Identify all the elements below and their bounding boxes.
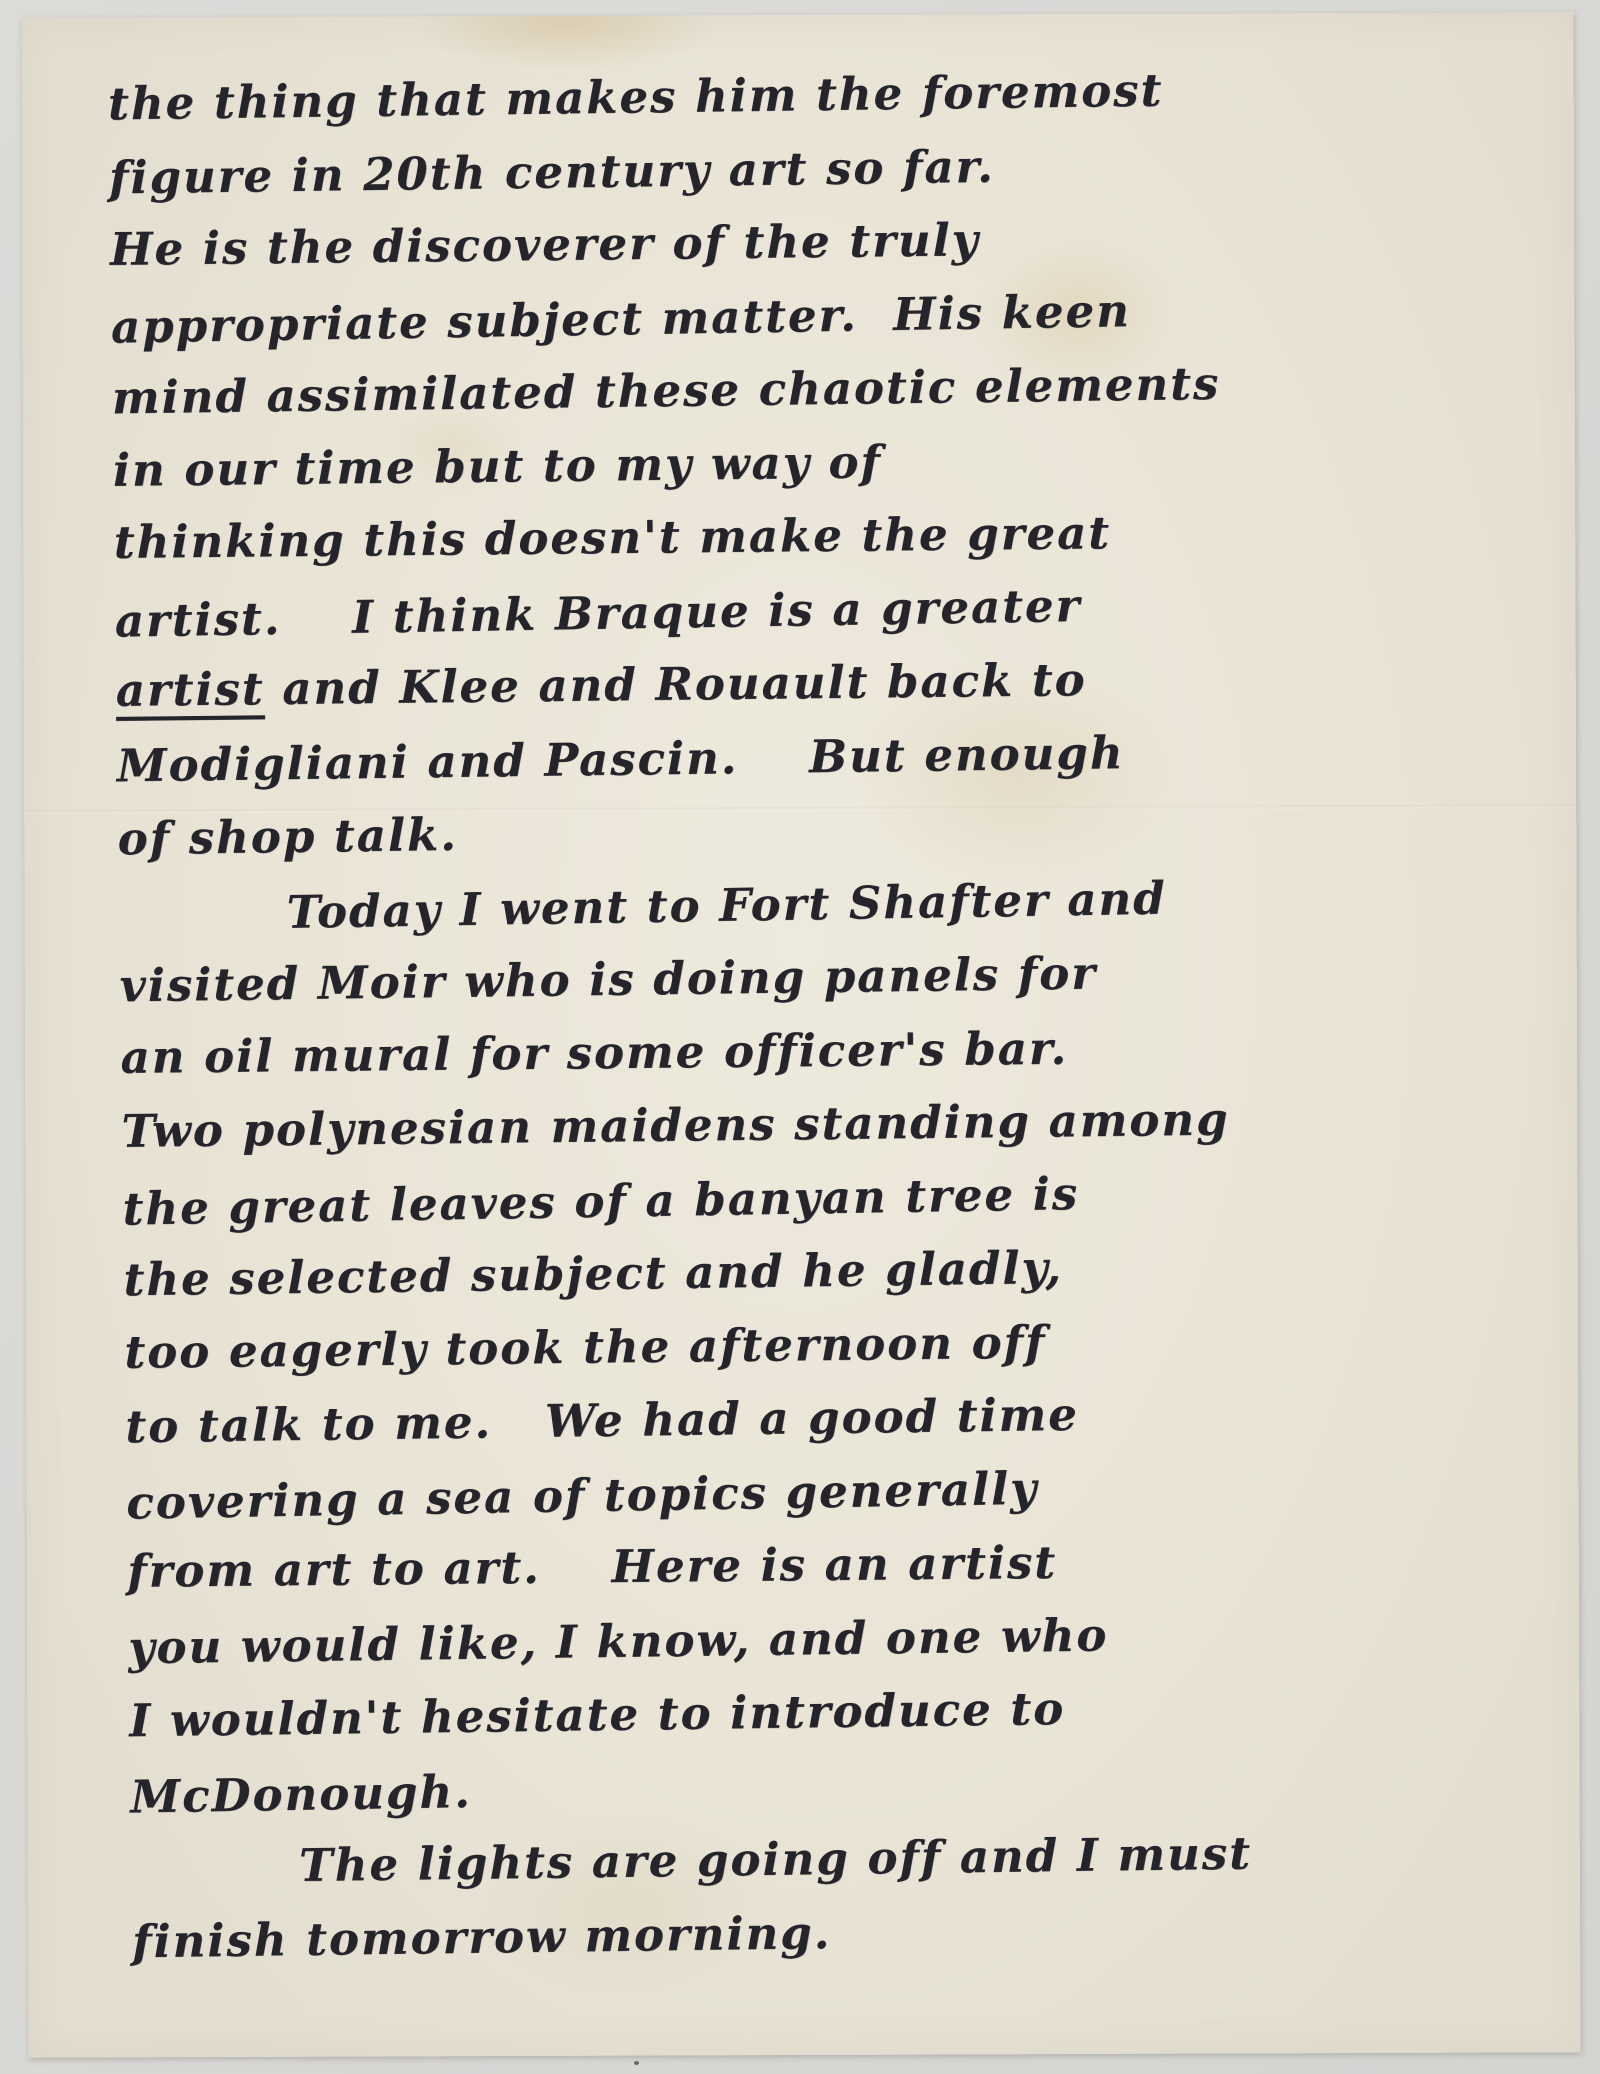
handwritten-line: from art to art. Here is an artist [127, 1521, 1564, 1608]
line-text: an oil mural for some officer's bar. [120, 1021, 1068, 1083]
handwritten-line: too eagerly took the afternoon off [124, 1300, 1561, 1389]
scan-artifact [634, 2061, 639, 2065]
line-text: figure in 20th century art so far. [109, 139, 995, 204]
line-text: mind assimilated these chaotic elements [112, 357, 1221, 425]
line-text: in our time but to my way of [113, 435, 883, 496]
line-text: artist. I think Braque is a greater [114, 578, 1081, 647]
line-text: The lights are going off and I must [299, 1827, 1252, 1892]
line-text: McDonough. [130, 1764, 472, 1823]
line-text: too eagerly took the afternoon off [124, 1315, 1046, 1378]
line-text: He is the discoverer of the truly [110, 213, 980, 276]
line-text: I wouldn't hesitate to introduce to [129, 1682, 1066, 1747]
line-text: Two polynesian maidens standing among [121, 1093, 1230, 1158]
line-text: you would like, I know, and one who [128, 1608, 1109, 1674]
line-text: the great leaves of a banyan tree is [122, 1167, 1079, 1236]
line-text: appropriate subject matter. His keen [111, 284, 1132, 354]
line-text: visited Moir who is doing panels for [119, 947, 1097, 1013]
line-text: thinking this doesn't make the great [114, 506, 1112, 569]
line-text: finish tomorrow morning. [132, 1906, 832, 1968]
line-text: and Klee and Rouault back to [264, 653, 1087, 715]
handwritten-text-block: the thing that makes him the foremostfig… [108, 49, 1569, 1979]
underlined-word: artist [115, 662, 264, 717]
letter-page: the thing that makes him the foremostfig… [21, 12, 1580, 2057]
line-text: the thing that makes him the foremost [108, 64, 1164, 131]
line-text: of shop talk. [117, 808, 458, 865]
line-text: Today I went to Fort Shafter and [286, 871, 1167, 938]
line-text: Modigliani and Pascin. But enough [116, 726, 1124, 792]
line-text: to talk to me. We had a good time [125, 1388, 1079, 1453]
line-text: from art to art. Here is an artist [127, 1536, 1057, 1598]
line-text: the selected subject and he gladly, [123, 1241, 1063, 1306]
line-text: covering a sea of topics generally [126, 1461, 1039, 1529]
